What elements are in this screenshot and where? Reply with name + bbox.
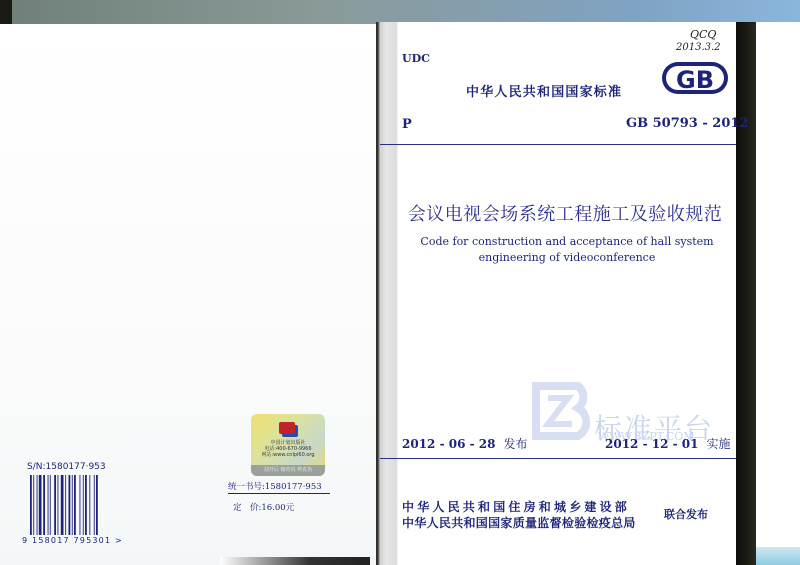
udc-label: UDC xyxy=(402,52,430,65)
sticker-footer: 刮开后 输密码 辨真伪 xyxy=(251,465,325,476)
book-spine xyxy=(376,22,398,565)
publish-date: 2012 - 06 - 28发布 xyxy=(402,435,527,452)
joint-issue-label: 联合发布 xyxy=(664,506,708,522)
unified-book-number: 统一书号:1580177·953 xyxy=(228,480,322,492)
anti-counterfeit-sticker: 中国计划出版社 电话:400-670-9966 网站:www.cnlpl60.o… xyxy=(251,414,325,476)
front-cover xyxy=(398,22,736,565)
page-edge-shadow xyxy=(736,22,756,565)
divider xyxy=(228,493,330,494)
barcode xyxy=(30,475,116,535)
divider xyxy=(380,458,736,459)
national-standard-label: 中华人民共和国国家标准 xyxy=(466,81,622,100)
handwritten-date: 2013.3.2 xyxy=(676,42,721,53)
sticker-text: 中国计划出版社 电话:400-670-9966 网站:www.cnlpl60.o… xyxy=(255,440,321,458)
standard-number: GB 50793 - 2012 xyxy=(626,116,748,131)
cover-shadow xyxy=(220,557,370,565)
svg-text:GB: GB xyxy=(676,66,714,94)
effective-date: 2012 - 12 - 01实施 xyxy=(605,435,730,452)
book-logo-icon xyxy=(279,422,295,434)
title-en: Code for construction and acceptance of … xyxy=(398,234,736,266)
divider xyxy=(380,144,736,145)
title-zh: 会议电视会场系统工程施工及验收规范 xyxy=(395,200,735,226)
serial-number: S/N:1580177·953 xyxy=(27,462,106,472)
background-page xyxy=(756,22,800,565)
handwritten-note: QCQ xyxy=(690,28,716,41)
gb-logo-icon: GB xyxy=(660,60,730,96)
background-edge xyxy=(0,0,12,25)
price: 定 价:16.00元 xyxy=(233,501,294,513)
issuer-aqsiq: 中华人民共和国国家质量监督检验检疫总局 xyxy=(402,514,636,531)
issuer-ministry-housing: 中华人民共和国住房和城乡建设部 xyxy=(402,498,630,515)
category-label: P xyxy=(402,117,412,132)
barcode-number: 9 158017 795301 > xyxy=(22,536,123,545)
